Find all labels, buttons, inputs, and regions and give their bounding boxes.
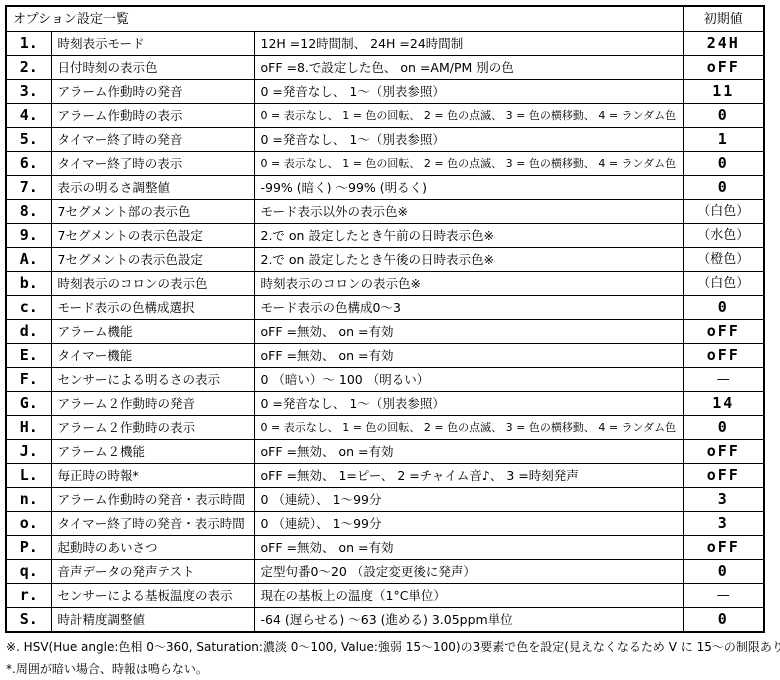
option-id: L. — [6, 464, 51, 488]
option-name: アラーム作動時の発音 — [51, 80, 254, 104]
table-row: q.音声データの発声テスト定型句番0〜20 （設定変更後に発声）0 — [6, 560, 764, 584]
table-row: 7.表示の明るさ調整値-99% (暗く) 〜99% (明るく)0 — [6, 176, 764, 200]
footnote-chime: *.周囲が暗い場合、時報は鳴らない。 — [6, 658, 780, 680]
default-column-header: 初期値 — [683, 6, 764, 32]
option-description: 2.で on 設定したとき午前の日時表示色※ — [254, 224, 683, 248]
option-description: -99% (暗く) 〜99% (明るく) — [254, 176, 683, 200]
table-row: 6.タイマー終了時の表示0 = 表示なし、 1 = 色の回転、 2 = 色の点滅… — [6, 152, 764, 176]
option-id: b. — [6, 272, 51, 296]
option-default-value: 3 — [683, 512, 764, 536]
option-id: S. — [6, 608, 51, 633]
option-name: 毎正時の時報* — [51, 464, 254, 488]
table-row: 3.アラーム作動時の発音0 =発音なし、 1〜（別表参照）11 — [6, 80, 764, 104]
option-default-value: 14 — [683, 392, 764, 416]
option-name: アラーム機能 — [51, 320, 254, 344]
option-name: タイマー終了時の発音・表示時間 — [51, 512, 254, 536]
option-description: モード表示以外の表示色※ — [254, 200, 683, 224]
table-row: n.アラーム作動時の発音・表示時間0 （連続）、 1〜99分3 — [6, 488, 764, 512]
option-name: アラーム作動時の発音・表示時間 — [51, 488, 254, 512]
option-id: 8. — [6, 200, 51, 224]
option-default-value: — — [683, 584, 764, 608]
option-name: アラーム２作動時の発音 — [51, 392, 254, 416]
option-default-value: oFF — [683, 56, 764, 80]
option-id: A. — [6, 248, 51, 272]
table-row: S.時計精度調整値-64 (遅らせる) 〜63 (進める) 3.05ppm単位0 — [6, 608, 764, 633]
option-id: E. — [6, 344, 51, 368]
option-default-value: 11 — [683, 80, 764, 104]
table-row: G.アラーム２作動時の発音0 =発音なし、 1〜（別表参照）14 — [6, 392, 764, 416]
option-default-value: oFF — [683, 536, 764, 560]
option-default-value: oFF — [683, 440, 764, 464]
option-id: 4. — [6, 104, 51, 128]
option-id: 9. — [6, 224, 51, 248]
option-default-value: （白色） — [683, 200, 764, 224]
option-id: q. — [6, 560, 51, 584]
table-row: H.アラーム２作動時の表示0 = 表示なし、 1 = 色の回転、 2 = 色の点… — [6, 416, 764, 440]
table-row: P.起動時のあいさつoFF =無効、 on =有効oFF — [6, 536, 764, 560]
table-row: E.タイマー機能oFF =無効、 on =有効oFF — [6, 344, 764, 368]
table-row: F.センサーによる明るさの表示0 （暗い）〜 100 （明るい）— — [6, 368, 764, 392]
option-id: J. — [6, 440, 51, 464]
option-description: 0 = 表示なし、 1 = 色の回転、 2 = 色の点滅、 3 = 色の横移動、… — [254, 104, 683, 128]
option-name: アラーム２作動時の表示 — [51, 416, 254, 440]
table-row: A.7セグメントの表示色設定2.で on 設定したとき午後の日時表示色※（橙色） — [6, 248, 764, 272]
option-id: H. — [6, 416, 51, 440]
table-row: 4.アラーム作動時の表示0 = 表示なし、 1 = 色の回転、 2 = 色の点滅… — [6, 104, 764, 128]
table-row: J.アラーム２機能oFF =無効、 on =有効oFF — [6, 440, 764, 464]
option-id: 5. — [6, 128, 51, 152]
option-description: 現在の基板上の温度（1°C単位） — [254, 584, 683, 608]
option-name: 起動時のあいさつ — [51, 536, 254, 560]
option-description: 0 =発音なし、 1〜（別表参照） — [254, 392, 683, 416]
option-name: 音声データの発声テスト — [51, 560, 254, 584]
option-description: 0 （連続）、 1〜99分 — [254, 488, 683, 512]
option-description: 0 =発音なし、 1〜（別表参照） — [254, 80, 683, 104]
option-id: 3. — [6, 80, 51, 104]
option-description: oFF =無効、 1=ピー、 2 =チャイム音♪、 3 =時刻発声 — [254, 464, 683, 488]
option-description: 0 = 表示なし、 1 = 色の回転、 2 = 色の点滅、 3 = 色の横移動、… — [254, 152, 683, 176]
option-default-value: 1 — [683, 128, 764, 152]
option-description: oFF =無効、 on =有効 — [254, 440, 683, 464]
option-id: o. — [6, 512, 51, 536]
option-default-value: oFF — [683, 464, 764, 488]
table-row: 9.7セグメントの表示色設定2.で on 設定したとき午前の日時表示色※（水色） — [6, 224, 764, 248]
table-row: b.時刻表示のコロンの表示色時刻表示のコロンの表示色※（白色） — [6, 272, 764, 296]
option-default-value: 0 — [683, 416, 764, 440]
option-default-value: （水色） — [683, 224, 764, 248]
option-description: 12H =12時間制、 24H =24時間制 — [254, 32, 683, 56]
option-name: センサーによる明るさの表示 — [51, 368, 254, 392]
option-id: d. — [6, 320, 51, 344]
footnote-hsv: ※. HSV(Hue angle:色相 0〜360, Saturation:濃淡… — [6, 636, 780, 658]
option-id: G. — [6, 392, 51, 416]
footnotes: ※. HSV(Hue angle:色相 0〜360, Saturation:濃淡… — [6, 636, 780, 680]
option-description: 定型句番0〜20 （設定変更後に発声） — [254, 560, 683, 584]
option-description: 0 = 表示なし、 1 = 色の回転、 2 = 色の点滅、 3 = 色の横移動、… — [254, 416, 683, 440]
option-default-value: 0 — [683, 176, 764, 200]
option-default-value: 0 — [683, 104, 764, 128]
option-id: 1. — [6, 32, 51, 56]
option-default-value: oFF — [683, 344, 764, 368]
option-name: タイマー機能 — [51, 344, 254, 368]
option-description: 0 =発音なし、 1〜（別表参照） — [254, 128, 683, 152]
option-name: 時計精度調整値 — [51, 608, 254, 633]
option-description: モード表示の色構成0〜3 — [254, 296, 683, 320]
table-header-row: オプション設定一覧 初期値 — [6, 6, 764, 32]
option-settings-table: オプション設定一覧 初期値 1.時刻表示モード12H =12時間制、 24H =… — [5, 5, 765, 633]
table-row: r.センサーによる基板温度の表示現在の基板上の温度（1°C単位）— — [6, 584, 764, 608]
option-default-value: — — [683, 368, 764, 392]
option-default-value: 0 — [683, 152, 764, 176]
option-name: 7セグメントの表示色設定 — [51, 248, 254, 272]
option-default-value: 0 — [683, 560, 764, 584]
option-id: n. — [6, 488, 51, 512]
option-default-value: 0 — [683, 608, 764, 633]
table-row: d.アラーム機能oFF =無効、 on =有効oFF — [6, 320, 764, 344]
option-description: oFF =無効、 on =有効 — [254, 320, 683, 344]
option-default-value: （白色） — [683, 272, 764, 296]
table-row: o.タイマー終了時の発音・表示時間0 （連続）、 1〜99分3 — [6, 512, 764, 536]
option-name: 7セグメントの表示色設定 — [51, 224, 254, 248]
option-description: oFF =無効、 on =有効 — [254, 344, 683, 368]
option-id: 6. — [6, 152, 51, 176]
option-name: 日付時刻の表示色 — [51, 56, 254, 80]
option-name: モード表示の色構成選択 — [51, 296, 254, 320]
option-name: 時刻表示のコロンの表示色 — [51, 272, 254, 296]
table-row: 8.7セグメント部の表示色モード表示以外の表示色※（白色） — [6, 200, 764, 224]
option-name: アラーム作動時の表示 — [51, 104, 254, 128]
option-description: oFF =8.で設定した色、 on =AM/PM 別の色 — [254, 56, 683, 80]
table-row: L.毎正時の時報*oFF =無効、 1=ピー、 2 =チャイム音♪、 3 =時刻… — [6, 464, 764, 488]
table-title: オプション設定一覧 — [6, 6, 683, 32]
option-description: 2.で on 設定したとき午後の日時表示色※ — [254, 248, 683, 272]
option-description: 時刻表示のコロンの表示色※ — [254, 272, 683, 296]
option-name: 時刻表示モード — [51, 32, 254, 56]
option-default-value: 3 — [683, 488, 764, 512]
option-description: 0 （連続）、 1〜99分 — [254, 512, 683, 536]
option-default-value: （橙色） — [683, 248, 764, 272]
option-description: -64 (遅らせる) 〜63 (進める) 3.05ppm単位 — [254, 608, 683, 633]
option-default-value: 24H — [683, 32, 764, 56]
option-id: F. — [6, 368, 51, 392]
option-id: 2. — [6, 56, 51, 80]
table-row: c.モード表示の色構成選択モード表示の色構成0〜30 — [6, 296, 764, 320]
option-name: タイマー終了時の発音 — [51, 128, 254, 152]
option-description: 0 （暗い）〜 100 （明るい） — [254, 368, 683, 392]
option-id: c. — [6, 296, 51, 320]
table-row: 1.時刻表示モード12H =12時間制、 24H =24時間制24H — [6, 32, 764, 56]
option-name: 7セグメント部の表示色 — [51, 200, 254, 224]
option-default-value: 0 — [683, 296, 764, 320]
option-name: タイマー終了時の表示 — [51, 152, 254, 176]
option-id: r. — [6, 584, 51, 608]
option-description: oFF =無効、 on =有効 — [254, 536, 683, 560]
option-id: P. — [6, 536, 51, 560]
table-row: 2.日付時刻の表示色oFF =8.で設定した色、 on =AM/PM 別の色oF… — [6, 56, 764, 80]
option-name: 表示の明るさ調整値 — [51, 176, 254, 200]
option-id: 7. — [6, 176, 51, 200]
option-name: センサーによる基板温度の表示 — [51, 584, 254, 608]
table-row: 5.タイマー終了時の発音0 =発音なし、 1〜（別表参照）1 — [6, 128, 764, 152]
option-default-value: oFF — [683, 320, 764, 344]
option-name: アラーム２機能 — [51, 440, 254, 464]
